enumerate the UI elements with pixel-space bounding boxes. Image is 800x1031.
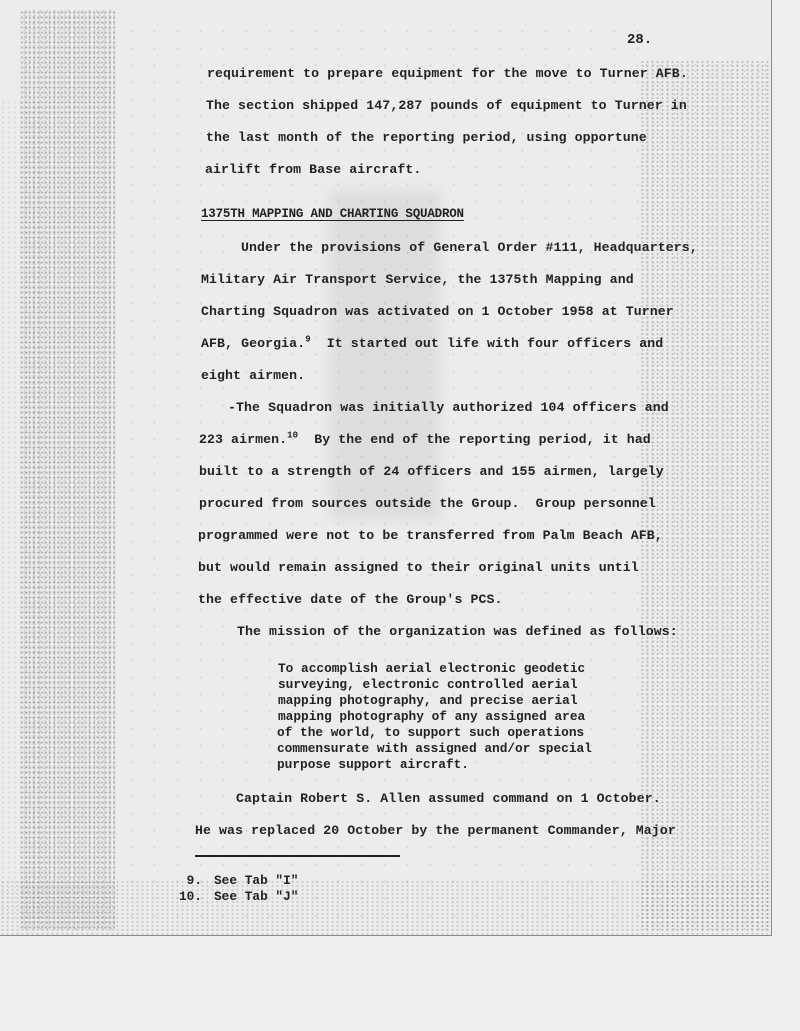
mission-quote-line-6: commensurate with assigned and/or specia… — [277, 741, 592, 756]
page-number: 28. — [627, 32, 652, 48]
paragraph-3-line-5: programmed were not to be transferred fr… — [198, 528, 663, 543]
paragraph-1-line-2: The section shipped 147,287 pounds of eq… — [206, 98, 687, 113]
paragraph-4-intro: The mission of the organization was defi… — [237, 624, 678, 639]
paragraph-1-line-4: airlift from Base aircraft. — [205, 162, 421, 177]
mission-quote-line-4: mapping photography of any assigned area — [278, 709, 585, 724]
mission-quote-line-5: of the world, to support such operations — [277, 725, 584, 740]
footnote-10-number: 10. — [172, 889, 202, 904]
paragraph-3-line-6: but would remain assigned to their origi… — [198, 560, 639, 575]
footnote-10: 10.See Tab "J" — [172, 889, 298, 904]
paragraph-2-line-4-text: AFB, Georgia. — [201, 336, 305, 351]
paragraph-2-line-1: Under the provisions of General Order #1… — [241, 240, 698, 255]
footnote-ref-9: 9 — [305, 335, 311, 345]
paragraph-3-line-7: the effective date of the Group's PCS. — [198, 592, 503, 607]
paragraph-2-line-5: eight airmen. — [201, 368, 305, 383]
mission-quote-line-2: surveying, electronic controlled aerial — [278, 677, 578, 692]
footnote-divider — [195, 855, 400, 857]
paragraph-2-line-4-cont: It started out life with four officers a… — [327, 336, 664, 351]
paragraph-3-line-2: 223 airmen.10 By the end of the reportin… — [199, 432, 651, 447]
paragraph-3-line-3: built to a strength of 24 officers and 1… — [199, 464, 664, 479]
mission-quote-line-7: purpose support aircraft. — [277, 757, 469, 772]
scanned-document-page: 28. requirement to prepare equipment for… — [0, 0, 772, 936]
paragraph-1-line-1: requirement to prepare equipment for the… — [207, 66, 688, 81]
paragraph-5-line-1: Captain Robert S. Allen assumed command … — [236, 791, 661, 806]
mission-quote-line-1: To accomplish aerial electronic geodetic — [278, 661, 585, 676]
footnote-ref-10: 10 — [287, 431, 298, 441]
paragraph-3-line-2-text: 223 airmen. — [199, 432, 287, 447]
footnote-9: 9.See Tab "I" — [172, 873, 298, 888]
footnote-9-number: 9. — [172, 873, 202, 888]
footnote-10-text: See Tab "J" — [214, 889, 298, 904]
paragraph-3-line-4: procured from sources outside the Group.… — [199, 496, 656, 511]
mission-quote-line-3: mapping photography, and precise aerial — [278, 693, 578, 708]
document-text: 28. requirement to prepare equipment for… — [0, 0, 771, 935]
paragraph-2-line-2: Military Air Transport Service, the 1375… — [201, 272, 634, 287]
paragraph-2-line-3: Charting Squadron was activated on 1 Oct… — [201, 304, 674, 319]
paragraph-3-line-2-cont: By the end of the reporting period, it h… — [314, 432, 651, 447]
footnote-9-text: See Tab "I" — [214, 873, 298, 888]
paragraph-5-line-2: He was replaced 20 October by the perman… — [195, 823, 676, 838]
paragraph-3-line-1: -The Squadron was initially authorized 1… — [228, 400, 669, 415]
paragraph-2-line-4: AFB, Georgia.9 It started out life with … — [201, 336, 663, 351]
section-heading: 1375TH MAPPING AND CHARTING SQUADRON — [201, 207, 464, 221]
paragraph-1-line-3: the last month of the reporting period, … — [206, 130, 647, 145]
